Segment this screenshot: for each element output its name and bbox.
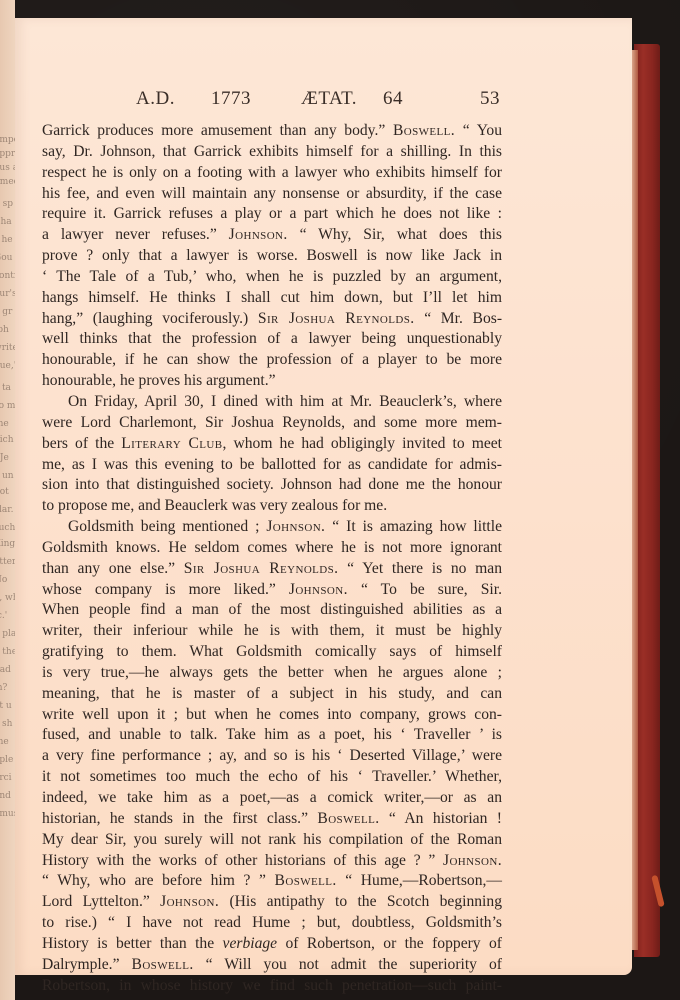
text-run: On Friday, April 30, I dined with him at…: [68, 393, 502, 410]
facing-page-text-fragment: y sh: [0, 720, 15, 729]
text-run: a lawyer never refuses.”: [42, 226, 229, 243]
speaker-name: Boswell.: [317, 810, 379, 827]
text-run: “ It is amazing how little: [325, 518, 502, 535]
text-line: “ Why, who are before him ? ” Boswell. “…: [42, 871, 502, 892]
text-line: Robertson, in whose history we find such…: [42, 976, 502, 997]
text-line: fused, and unable to talk. Take him as a…: [42, 725, 502, 746]
text-run: meaning, that he is master of a subject …: [42, 685, 502, 702]
text-line: whose company is more liked.” Johnson. “…: [42, 580, 502, 601]
text-line: On Friday, April 30, I dined with him at…: [42, 392, 502, 413]
facing-page-text-fragment: t ha: [0, 218, 15, 227]
text-run: it not sometimes too much the echo of hi…: [42, 768, 502, 785]
facing-page-text-fragment: our's: [0, 290, 15, 299]
text-line: write well upon it ; but when he comes i…: [42, 705, 502, 726]
text-run: say, Dr. Johnson, that Garrick exhibits …: [42, 143, 502, 160]
facing-page-text-fragment: ople: [0, 756, 15, 765]
facing-page-text-fragment: so m: [0, 402, 15, 411]
facing-page-text-fragment: Joh: [0, 326, 15, 335]
text-line: sion into that distinguished society. Jo…: [42, 475, 502, 496]
text-run: (His antipathy to the Scotch beginning: [219, 893, 502, 910]
facing-page-text-fragment: y ta: [0, 384, 15, 393]
facing-page-text-fragment: ampe: [0, 136, 15, 145]
facing-page-text-fragment: contr: [0, 272, 15, 281]
text-run: prove ? only that a lawyer is worse. Bos…: [42, 247, 502, 264]
text-run: “ An historian !: [380, 810, 502, 827]
text-line: it not sometimes too much the echo of hi…: [42, 767, 502, 788]
text-run: “ Hume,—Robertson,—: [337, 872, 502, 889]
text-line: gratifying to them. What Goldsmith comic…: [42, 642, 502, 663]
body-text: Garrick produces more amusement than any…: [42, 121, 502, 996]
text-line: me, as I was this evening to be ballotte…: [42, 455, 502, 476]
text-run: honourable, he proves his argument.”: [42, 372, 276, 389]
running-head-aetat: ÆTAT.: [301, 88, 357, 110]
text-line: his fee, and even will maintain any nons…: [42, 184, 502, 205]
text-line: Dalrymple.” Boswell. “ Will you not admi…: [42, 955, 502, 976]
text-line: is very true,—he always gets the better …: [42, 663, 502, 684]
facing-page-text-fragment: hich: [0, 436, 15, 445]
text-line: say, Dr. Johnson, that Garrick exhibits …: [42, 142, 502, 163]
text-line: a very fine performance ; ay, and so is …: [42, 746, 502, 767]
text-run: Lord Lyttelton.”: [42, 893, 160, 910]
text-run: his fee, and even will maintain any nons…: [42, 185, 502, 202]
facing-page-text-fragment: amus: [0, 810, 15, 819]
text-line: History is better than the verbiage of R…: [42, 934, 502, 955]
facing-page-text-fragment: ic.': [0, 612, 15, 621]
text-line: My dear Sir, you surely will not rank hi…: [42, 830, 502, 851]
facing-page-text-fragment: erci: [0, 774, 15, 783]
facing-page-text-fragment: had: [0, 666, 15, 675]
text-run: me, as I was this evening to be ballotte…: [42, 456, 502, 473]
text-run: than any one else.”: [42, 560, 184, 577]
speaker-name: Sir Joshua Reynolds.: [258, 310, 415, 327]
facing-page-text-fragment: a gr: [0, 308, 15, 317]
text-run: My dear Sir, you surely will not rank hi…: [42, 831, 502, 848]
text-run: indeed, we take him as a poet,—as a comi…: [42, 789, 502, 806]
text-run: sion into that distinguished society. Jo…: [42, 476, 502, 493]
text-line: prove ? only that a lawyer is worse. Bos…: [42, 246, 502, 267]
text-line: require it. Garrick refuses a play or a …: [42, 204, 502, 225]
text-run: well thinks that the profession of a law…: [42, 330, 502, 347]
text-run: “ To be sure, Sir.: [348, 581, 502, 598]
book-page: A.D. 1773 ÆTAT. 64 53 Garrick produces m…: [15, 18, 632, 975]
text-run: “ Yet there is no man: [338, 560, 502, 577]
text-line: honourable, if he can show the professio…: [42, 350, 502, 371]
facing-page-text-fragment: the: [0, 738, 15, 747]
speaker-name: Johnson.: [289, 581, 348, 598]
text-line: were Lord Charlemont, Sir Joshua Reynold…: [42, 413, 502, 434]
facing-page-text-fragment: Gou: [0, 254, 15, 263]
facing-page-text-fragment: such: [0, 524, 15, 533]
facing-page-text-fragment: the: [0, 420, 15, 429]
facing-page-text-fragment: s he: [0, 236, 15, 245]
text-line: historian, he stands in the first class.…: [42, 809, 502, 830]
text-line: Garrick produces more amusement than any…: [42, 121, 502, 142]
text-run: historian, he stands in the first class.…: [42, 810, 317, 827]
text-line: writer, their inferiour while he is with…: [42, 621, 502, 642]
facing-page-text-fragment: appre: [0, 150, 15, 159]
speaker-name: Johnson.: [229, 226, 288, 243]
text-line: indeed, we take him as a poet,—as a comi…: [42, 788, 502, 809]
text-run: bers of the: [42, 435, 121, 452]
text-run: History is better than the: [42, 935, 223, 952]
text-line: a lawyer never refuses.” Johnson. “ Why,…: [42, 225, 502, 246]
text-run: is very true,—he always gets the better …: [42, 664, 502, 681]
text-line: respect he is only on a footing with a l…: [42, 163, 502, 184]
text-run: , whom he had obligingly invited to meet: [223, 435, 502, 452]
facing-page-text-fragment: nmed: [0, 178, 15, 187]
text-run: whose company is more liked.”: [42, 581, 289, 598]
text-run: require it. Garrick refuses a play or a …: [42, 205, 502, 222]
speaker-name: Literary Club: [121, 435, 222, 452]
text-run: write well upon it ; but when he comes i…: [42, 706, 502, 723]
text-line: Lord Lyttelton.” Johnson. (His antipathy…: [42, 892, 502, 913]
running-head: A.D. 1773 ÆTAT. 64 53: [15, 88, 632, 112]
text-line: Goldsmith being mentioned ; Johnson. “ I…: [42, 517, 502, 538]
text-line: meaning, that he is master of a subject …: [42, 684, 502, 705]
facing-page-text-fragment: y un: [0, 472, 15, 481]
facing-page-text-fragment: No: [0, 576, 15, 585]
text-line: History with the works of other historia…: [42, 851, 502, 872]
facing-page-text-fragment: d sp: [0, 200, 15, 209]
text-line: bers of the Literary Club, whom he had o…: [42, 434, 502, 455]
text-line: When people find a man of the most disti…: [42, 600, 502, 621]
text-run: “ Why, Sir, what does this: [288, 226, 502, 243]
text-run: Garrick produces more amusement than any…: [42, 122, 393, 139]
text-run: ‘ The Tale of a Tub,’ who, when he is pu…: [42, 268, 502, 285]
text-run: hang,” (laughing vociferously.): [42, 310, 258, 327]
text-run: were Lord Charlemont, Sir Joshua Reynold…: [42, 414, 502, 431]
facing-page-text-fragment: atter: [0, 558, 15, 567]
facing-page-text-fragment: o the: [0, 648, 15, 657]
speaker-name: Boswell.: [132, 956, 194, 973]
facing-page-text-fragment: que,': [0, 362, 15, 371]
text-run: respect he is only on a footing with a l…: [42, 164, 502, 181]
text-run: “ Why, who are before him ? ”: [42, 872, 275, 889]
text-line: well thinks that the profession of a law…: [42, 329, 502, 350]
facing-page-text-fragment: clar.: [0, 506, 15, 515]
facing-page-text-fragment: King: [0, 540, 15, 549]
facing-page-text-fragment: e, wh: [0, 594, 15, 603]
text-run: a very fine performance ; ay, and so is …: [42, 747, 502, 764]
speaker-name: Sir Joshua Reynolds.: [184, 560, 339, 577]
text-line: honourable, he proves his argument.”: [42, 371, 502, 392]
facing-page-text-fragment: a pla: [0, 630, 15, 639]
text-run: hangs himself. He thinks I shall cut him…: [42, 289, 502, 306]
text-run: Goldsmith being mentioned ;: [68, 518, 266, 535]
facing-page-text-fragment: ot u: [0, 702, 15, 711]
italic-text: verbiage: [223, 935, 278, 952]
speaker-name: Johnson.: [160, 893, 219, 910]
facing-page-text-fragment: bot: [0, 488, 15, 497]
text-line: Goldsmith knows. He seldom comes where h…: [42, 538, 502, 559]
facing-page-text-fragment: and: [0, 792, 15, 801]
page-edges: [632, 50, 638, 950]
text-run: When people find a man of the most disti…: [42, 601, 502, 618]
running-head-age: 64: [383, 88, 403, 110]
text-line: hangs himself. He thinks I shall cut him…: [42, 288, 502, 309]
text-line: hang,” (laughing vociferously.) Sir Josh…: [42, 309, 502, 330]
text-run: Robertson, in whose history we find such…: [42, 977, 502, 994]
text-line: to rise.) “ I have not read Hume ; but, …: [42, 913, 502, 934]
page-number: 53: [480, 88, 500, 110]
text-line: to propose me, and Beauclerk was very ze…: [42, 496, 502, 517]
facing-page-text-fragment: ; Je: [0, 454, 15, 463]
text-run: History with the works of other historia…: [42, 852, 443, 869]
speaker-name: Johnson.: [266, 518, 325, 535]
text-run: fused, and unable to talk. Take him as a…: [42, 726, 502, 743]
facing-page-left: ampeappreous anmedd spt has heGoucontrou…: [0, 0, 15, 1000]
text-run: “ Will you not admit the superiority of: [194, 956, 502, 973]
text-run: gratifying to them. What Goldsmith comic…: [42, 643, 502, 660]
running-head-year: 1773: [211, 88, 251, 110]
speaker-name: Boswell.: [275, 872, 337, 889]
text-line: than any one else.” Sir Joshua Reynolds.…: [42, 559, 502, 580]
text-run: “ You: [455, 122, 502, 139]
speaker-name: Boswell.: [393, 122, 455, 139]
facing-page-text-fragment: ous a: [0, 164, 15, 173]
text-run: to propose me, and Beauclerk was very ze…: [42, 497, 387, 514]
running-head-ad: A.D.: [136, 88, 175, 110]
speaker-name: Johnson.: [443, 852, 502, 869]
text-run: honourable, if he can show the professio…: [42, 351, 502, 368]
text-run: “ Mr. Bos-: [415, 310, 502, 327]
text-run: of Robertson, or the foppery of: [277, 935, 502, 952]
facing-page-text-fragment: write: [0, 344, 15, 353]
facing-page-text-fragment: m?: [0, 684, 15, 693]
text-run: to rise.) “ I have not read Hume ; but, …: [42, 914, 502, 931]
text-line: ‘ The Tale of a Tub,’ who, when he is pu…: [42, 267, 502, 288]
text-run: writer, their inferiour while he is with…: [42, 622, 502, 639]
text-run: Goldsmith knows. He seldom comes where h…: [42, 539, 502, 556]
text-run: Dalrymple.”: [42, 956, 132, 973]
